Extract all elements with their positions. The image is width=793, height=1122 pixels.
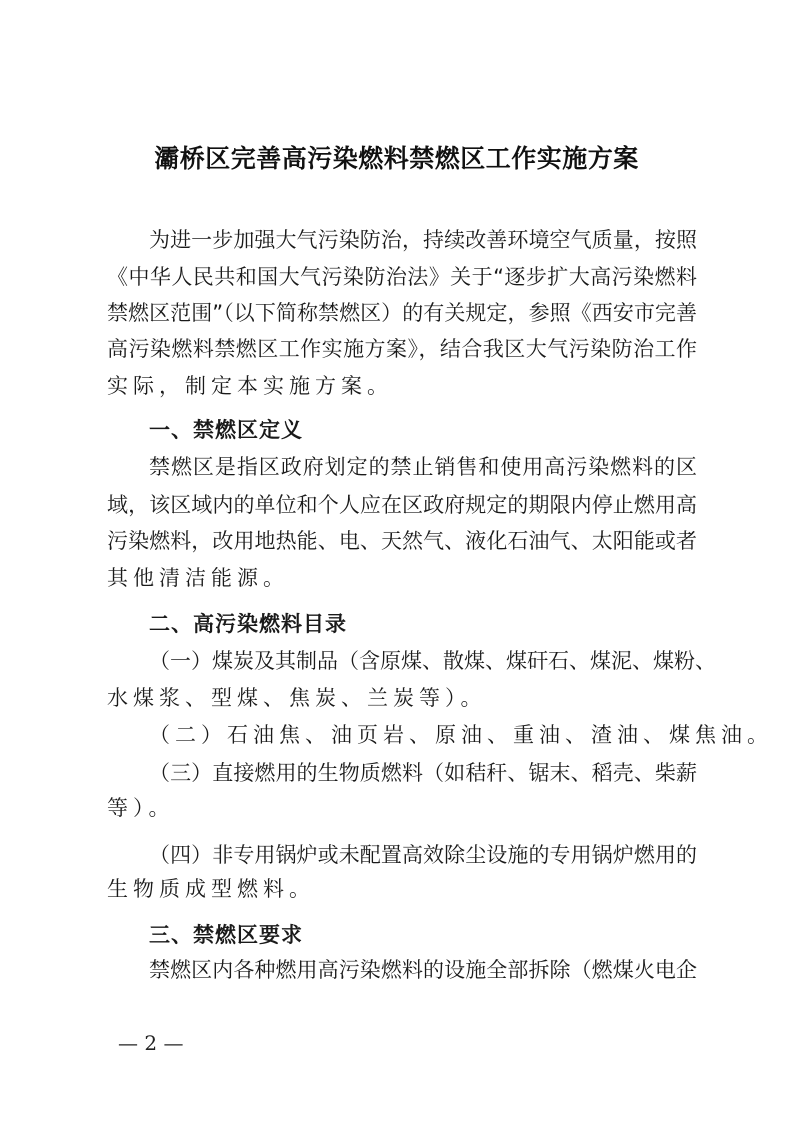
section-2-line-3: （二）石油焦、油页岩、原油、重油、渣油、煤焦油。	[149, 717, 697, 753]
section-2-line-7: 生物质成型燃料。	[107, 871, 697, 907]
section-1-line-1: 禁燃区是指区政府划定的禁止销售和使用高污染燃料的区	[149, 449, 697, 485]
section-1-line-2: 域，该区域内的单位和个人应在区政府规定的期限内停止燃用高	[107, 487, 697, 523]
section-1-heading: 一、禁燃区定义	[149, 412, 303, 448]
section-2-heading: 二、高污染燃料目录	[149, 606, 347, 642]
page-number: — 2 —	[118, 1028, 183, 1058]
section-2-line-4: （三）直接燃用的生物质燃料（如秸秆、锯末、稻壳、柴薪	[149, 755, 697, 791]
section-2-line-6: （四）非专用锅炉或未配置高效除尘设施的专用锅炉燃用的	[149, 837, 697, 873]
section-2-line-1: （一）煤炭及其制品（含原煤、散煤、煤矸石、煤泥、煤粉、	[149, 643, 697, 679]
intro-line-4: 高污染燃料禁燃区工作实施方案》，结合我区大气污染防治工作	[107, 331, 697, 367]
section-1-line-3: 污染燃料，改用地热能、电、天然气、液化石油气、太阳能或者	[107, 523, 697, 559]
intro-line-1: 为进一步加强大气污染防治，持续改善环境空气质量，按照	[149, 222, 697, 258]
section-3-heading: 三、禁燃区要求	[149, 917, 303, 953]
section-1-line-4: 其他清洁能源。	[107, 560, 697, 596]
intro-line-5: 实际，制定本实施方案。	[107, 368, 697, 404]
document-title: 灞桥区完善高污染燃料禁燃区工作实施方案	[0, 141, 793, 177]
document-page: 灞桥区完善高污染燃料禁燃区工作实施方案 为进一步加强大气污染防治，持续改善环境空…	[0, 0, 793, 1122]
section-2-line-5: 等）。	[107, 790, 697, 826]
section-2-line-2: 水煤浆、型煤、焦炭、兰炭等）。	[107, 680, 697, 716]
intro-line-2: 《中华人民共和国大气污染防治法》关于“逐步扩大高污染燃料	[107, 259, 697, 295]
section-3-line-1: 禁燃区内各种燃用高污染燃料的设施全部拆除（燃煤火电企	[149, 952, 697, 988]
intro-line-3: 禁燃区范围”（以下简称禁燃区）的有关规定，参照《西安市完善	[107, 295, 697, 331]
